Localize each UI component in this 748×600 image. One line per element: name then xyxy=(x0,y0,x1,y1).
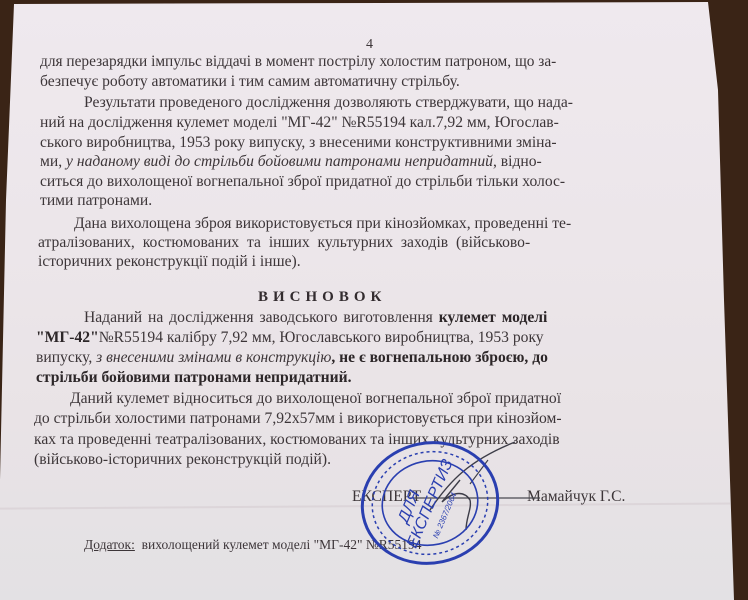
text-line: ми, у наданому виді до стрільби бойовими… xyxy=(40,153,542,171)
text-line: для перезарядки імпульс віддачі в момент… xyxy=(40,53,556,71)
page-number: 4 xyxy=(366,36,373,54)
text-span: №R55194 калібру 7,92 мм, Югославського в… xyxy=(99,329,544,346)
text-line: атралізованих, костюмованих та інших кул… xyxy=(38,234,530,252)
text-line: випуску, з внесеними змінами в конструкц… xyxy=(36,349,548,367)
conclusion-heading: ВИСНОВОК xyxy=(258,288,386,306)
italic-text: з внесеними змінами в конструкцію xyxy=(96,349,331,366)
text-span: , відно- xyxy=(493,153,542,170)
text-line: Даний кулемет відноситься до вихолощеної… xyxy=(70,390,561,408)
official-stamp: ДЛЯ ЕКСПЕРТИЗ № 2367/2064 xyxy=(340,428,520,578)
text-line: ського виробництва, 1953 року випуску, з… xyxy=(40,134,557,152)
attachment-label: Додаток: xyxy=(84,537,135,552)
bold-text: , не є вогнепальною зброєю, до xyxy=(331,349,548,366)
text-line: безпечує роботу автоматики і тим самим а… xyxy=(40,73,460,91)
bold-text: кулемет моделі xyxy=(439,309,548,326)
text-span: Наданий на дослідження заводського вигот… xyxy=(84,309,439,326)
text-line: Наданий на дослідження заводського вигот… xyxy=(84,309,547,327)
text-line: тими патронами. xyxy=(40,192,152,210)
text-span: ми, xyxy=(40,153,66,170)
text-line: Дана вихолощена зброя використовується п… xyxy=(74,215,571,233)
text-line: стрільби бойовими патронами непридатний. xyxy=(36,369,351,387)
text-line: історичних реконструкції подій і інше). xyxy=(38,253,301,271)
italic-text: у наданому виді до стрільби бойовими пат… xyxy=(66,153,493,170)
text-span: випуску, xyxy=(36,349,96,366)
document-page: 4 для перезарядки імпульс віддачі в моме… xyxy=(0,0,748,600)
bold-text: "МГ-42" xyxy=(36,329,99,346)
text-line: до стрільби холостими патронами 7,92x57м… xyxy=(34,410,562,428)
text-line: ситься до вихолощеної вогнепальної зброї… xyxy=(40,173,565,191)
text-line: (військово-історичних реконструкцій поді… xyxy=(34,451,331,469)
text-line: Результати проведеного дослідження дозво… xyxy=(84,94,573,112)
text-line: ний на дослідження кулемет моделі "МГ-42… xyxy=(40,114,559,132)
text-line: "МГ-42"№R55194 калібру 7,92 мм, Югославс… xyxy=(36,329,544,347)
